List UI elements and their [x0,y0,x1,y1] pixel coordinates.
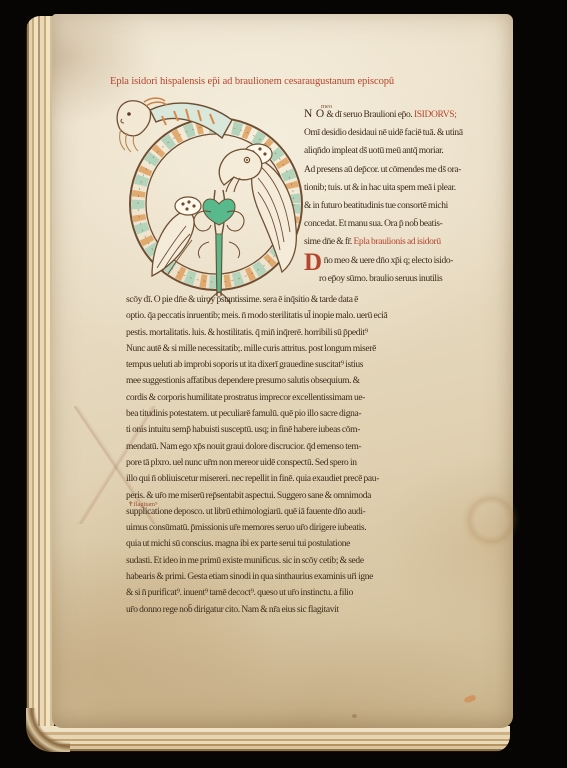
text-line: habearis & primi. Gesta etiam sinodi in … [126,569,482,585]
text-line: Nunc autē & si mille necessitatib;. mill… [126,341,482,357]
text-line: uimus consūmatū. p̄missionis ur̄e memore… [126,520,482,536]
manuscript-text: illo qui n̄ obliuiscetur misereri. nec r… [126,474,379,484]
text-line: concedat. Et manu sua. Ora p̄ nob̄ beati… [304,215,486,233]
text-line: & si n̄ purificat⁹. inuent⁹ tamē decoct⁹… [126,585,482,601]
manuscript-text: supplicatione deposco. ut librū ethimolo… [126,507,365,517]
manuscript-text: pore tā plxro. uel nunc ur̄m non mereor … [126,458,357,468]
text-line: aliqn̄do impleat ds̄ uotū meū antq̄ mori… [304,142,486,160]
manuscript-text: ur̄o donno rege nob̄ dirigatur cito. Nam… [126,605,339,615]
text-line: Omī desidio desidaui nē uidē faciē tuā. … [304,124,486,142]
text-line: scōy dī. O pie dn̄e & uiroy p̄stantissim… [126,292,482,308]
text-line: cordis & corporis humilitate prostratus … [126,390,482,406]
manuscript-text: Nunc autē & si mille necessitatib;. mill… [126,344,376,354]
text-line: bea titudinis potestatem. ut peculiarē f… [126,406,482,422]
text-line: ur̄o donno rege nob̄ dirigatur cito. Nam… [126,602,482,618]
text-line: pore tā plxro. uel nunc ur̄m non mereor … [126,455,482,471]
manuscript-text: ti onis intuitu semp̄ habuisti susceptū.… [126,425,360,435]
ink-spot [352,714,357,718]
manuscript-text: pestis. mortalitatis. luis. & hostilitat… [126,328,368,338]
manuscript-text: habearis & primi. Gesta etiam sinodi in … [126,572,373,582]
illuminated-initial-D [110,92,314,304]
intro-text-column: N Omeo & dī seruo Braulioni ep̄o. ISIDOR… [304,105,486,288]
manuscript-text: quia ut michi sū conscius. magna ibi ex … [126,539,350,549]
text-line: optio. q̄a peccatis inruentib; meis. n̄ … [126,308,482,324]
text-line: Dn̄o meo & uere dn̄o xp̄i q; electo isid… [304,252,486,270]
photograph-background: Epla isidori hispalensis ep̄i ad braulio… [0,0,567,768]
left-wing [152,197,201,276]
manuscript-text: tempus ueluti ab improbi soporis ut ita … [126,360,363,370]
manuscript-text: sudasti. Et ideo in me primū existe muni… [126,556,364,566]
page-stack-edges-left [26,16,54,738]
text-line: tionib; tuis. ut & in hac uita spem meā … [304,179,486,197]
interlinear-gloss: meo [321,98,332,116]
manuscript-text: Omī desidio desidaui nē uidē faciē tuā. … [304,128,463,138]
manuscript-text: Ad presens aū dep̄cor. ut cōmendes me ds… [304,165,461,175]
rubric-text: Epla braulionis ad isidorū [353,237,440,247]
manuscript-text: & si n̄ purificat⁹. inuent⁹ tamē decoct⁹… [126,588,353,598]
manuscript-text: optio. q̄a peccatis inruentib; meis. n̄ … [126,311,387,321]
manuscript-text: aliqn̄do impleat ds̄ uotū meū antq̄ mori… [304,146,443,156]
manuscript-text: bea titudinis potestatem. ut peculiarē f… [126,409,361,419]
rubric-text: ISIDORVS; [414,110,457,120]
manuscript-text: sime dn̄e & fr̄. [304,237,353,247]
text-line: ✝flagitam⁹supplicatione deposco. ut libr… [126,504,482,520]
manuscript-text: tionib; tuis. ut & in hac uita spem meā … [304,183,456,193]
text-line: illo qui n̄ obliuiscetur misereri. nec r… [126,471,482,487]
text-line: & in futuro beatitudinis tue consortē mi… [304,197,486,215]
text-line: Ad presens aū dep̄cor. ut cōmendes me ds… [304,161,486,179]
manuscript-text: & in futuro beatitudinis tue consortē mi… [304,201,448,211]
text-line: N Omeo & dī seruo Braulioni ep̄o. ISIDOR… [304,105,486,124]
text-line: ti onis intuitu semp̄ habuisti susceptū.… [126,422,482,438]
body-text-block: scōy dī. O pie dn̄e & uiroy p̄stantissim… [126,292,482,618]
text-line: mendatū. Nam ego xp̄s nouit graui dolore… [126,439,482,455]
manuscript-text: n̄o meo & uere dn̄o xp̄i q; electo isido… [324,256,453,266]
manuscript-text: cordis & corporis humilitate prostratus … [126,393,365,403]
pigment-fleck [463,694,476,703]
heading-rubric: Epla isidori hispalensis ep̄i ad braulio… [110,76,482,87]
text-line: sudasti. Et ideo in me primū existe muni… [126,553,482,569]
zoomorphic-initial-drawing [110,92,314,304]
interlinear-gloss: ✝flagitam⁹ [128,497,157,513]
text-line: ro ep̄oy sūmo. braulio seruus inutilis [304,270,486,288]
manuscript-book: Epla isidori hispalensis ep̄i ad braulio… [26,11,516,752]
text-line: sime dn̄e & fr̄. Epla braulionis ad isid… [304,233,486,251]
manuscript-text: mendatū. Nam ego xp̄s nouit graui dolore… [126,442,361,452]
manuscript-text: scōy dī. O pie dn̄e & uiroy p̄stantissim… [126,295,358,305]
text-line: quia ut michi sū conscius. magna ibi ex … [126,536,482,552]
manuscript-text: peris. & ur̄o me miserū rep̄sentabit asp… [126,491,371,501]
text-line: pestis. mortalitatis. luis. & hostilitat… [126,325,482,341]
text-line: tempus ueluti ab improbi soporis ut ita … [126,357,482,373]
parchment-page: Epla isidori hispalensis ep̄i ad braulio… [52,14,513,728]
manuscript-text: ro ep̄oy sūmo. braulio seruus inutilis [319,274,442,284]
text-line: peris. & ur̄o me miserū rep̄sentabit asp… [126,488,482,504]
text-line: mee suggestionis affatibus dependere pre… [126,373,482,389]
manuscript-text: concedat. Et manu sua. Ora p̄ nob̄ beati… [304,219,442,229]
manuscript-text: uimus consūmatū. p̄missionis ur̄e memore… [126,523,366,533]
manuscript-text: & dī seruo Braulioni ep̄o. [325,110,414,120]
page-stack-edges-bottom [32,726,510,752]
manuscript-text: mee suggestionis affatibus dependere pre… [126,376,360,386]
